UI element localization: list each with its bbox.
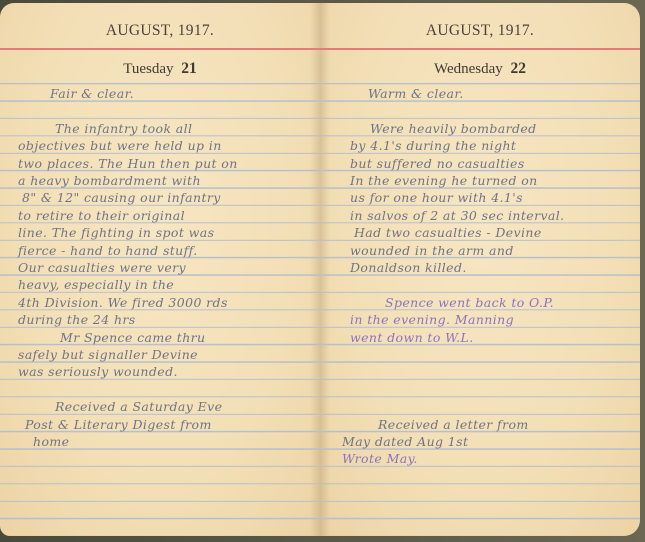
handwritten-line: Received a Saturday Eve	[55, 398, 222, 415]
day-number: 21	[181, 60, 197, 77]
handwritten-line: Donaldson killed.	[350, 259, 467, 276]
handwritten-line: two places. The Hun then put on	[18, 155, 238, 172]
right-page: AUGUST, 1917. Wednesday 22 Warm & clear.…	[320, 3, 640, 536]
handwritten-line: in the evening. Manning	[350, 311, 514, 328]
handwritten-line: during the 24 hrs	[18, 311, 136, 328]
handwritten-line: Spence went back to O.P.	[385, 294, 554, 311]
day-name: Tuesday	[123, 61, 173, 77]
month-header: AUGUST, 1917.	[0, 22, 320, 40]
handwritten-line: heavy, especially in the	[18, 276, 174, 293]
handwritten-line: Post & Literary Digest from	[25, 416, 212, 433]
handwritten-line: home	[33, 433, 69, 450]
handwritten-line: Mr Spence came thru	[60, 329, 206, 346]
red-rule	[320, 48, 640, 50]
diary-spread: AUGUST, 1917. Tuesday 21 Fair & clear.Th…	[0, 0, 645, 542]
handwritten-line: was seriously wounded.	[18, 363, 178, 380]
day-heading: Tuesday 21	[0, 60, 320, 78]
handwritten-line: Had two casualties - Devine	[354, 224, 542, 241]
handwritten-line: Fair & clear.	[50, 85, 134, 102]
red-rule	[0, 48, 320, 50]
day-number: 22	[511, 60, 527, 77]
handwritten-line: fierce - hand to hand stuff.	[18, 242, 198, 259]
handwritten-line: In the evening he turned on	[350, 172, 538, 189]
handwritten-line: May dated Aug 1st	[342, 433, 468, 450]
month-header: AUGUST, 1917.	[320, 22, 640, 40]
handwritten-line: to retire to their original	[18, 207, 185, 224]
handwritten-line: went down to W.L.	[350, 329, 474, 346]
handwritten-line: safely but signaller Devine	[18, 346, 198, 363]
handwritten-line: Received a letter from	[378, 416, 529, 433]
handwritten-line: us for one hour with 4.1's	[350, 189, 523, 206]
day-name: Wednesday	[434, 61, 503, 77]
handwritten-line: Our casualties were very	[18, 259, 186, 276]
handwritten-line: a heavy bombardment with	[18, 172, 201, 189]
handwritten-line: 4th Division. We fired 3000 rds	[18, 294, 228, 311]
handwritten-line: Were heavily bombarded	[370, 120, 537, 137]
handwritten-line: 8" & 12" causing our infantry	[22, 189, 221, 206]
day-heading: Wednesday 22	[320, 60, 640, 78]
handwritten-line: objectives but were held up in	[18, 137, 222, 154]
handwritten-line: Wrote May.	[342, 450, 418, 467]
left-page: AUGUST, 1917. Tuesday 21 Fair & clear.Th…	[0, 3, 320, 536]
handwritten-line: but suffered no casualties	[350, 155, 525, 172]
handwritten-line: The infantry took all	[55, 120, 192, 137]
handwritten-line: line. The fighting in spot was	[18, 224, 214, 241]
handwritten-line: by 4.1's during the night	[350, 137, 516, 154]
handwritten-line: Warm & clear.	[368, 85, 464, 102]
handwritten-line: wounded in the arm and	[350, 242, 514, 259]
handwritten-line: in salvos of 2 at 30 sec interval.	[350, 207, 565, 224]
